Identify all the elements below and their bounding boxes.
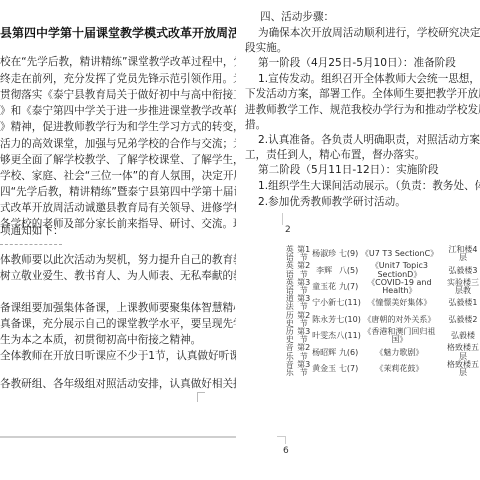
paragraph-line: 校在“先学后教，精讲精练”课堂教学改革过程中，党员 [0, 55, 236, 69]
class-cell: 八(5) [336, 262, 360, 278]
left-document-page: 县第四中学第十届课堂教学模式改革开放周活动 校在“先学后教，精讲精练”课堂教学改… [0, 0, 236, 480]
right-document-page: 四、活动步骤： 为确保本次开放周活动顺利进行，学校研究决定分 段实施。 第一阶段… [240, 0, 480, 480]
page-divider [0, 436, 236, 438]
lesson-cell: 第3节 [296, 295, 312, 311]
section-title: 四、活动步骤： [260, 10, 334, 24]
phase1-item: 2.认真准备。各负责人明确职责，对照活动方案， [258, 133, 480, 147]
phase1-item: 进教师教学工作、规范我校办学行为和推动学校发展的 [245, 103, 480, 117]
page-number: 2 [285, 225, 291, 235]
document-title: 县第四中学第十届课堂教学模式改革开放周活动 [0, 26, 236, 40]
requirement-line: 真备课，充分展示自己的课堂教学水平，要呈现先学后 [0, 317, 236, 331]
phase1-item: 工，责任到人，精心布置，督办落实。 [245, 148, 425, 162]
phase1-item: 下发活动方案，部署工作。全体师生要把教学开放周看 [245, 87, 480, 101]
class-cell: 七(7) [336, 361, 360, 377]
lesson-cell: 第2节 [296, 262, 312, 278]
paragraph-line: 贯彻落实《泰宁县教育局关于做好初中与高中衔接工作 [0, 88, 236, 102]
phase1-item: 1.宣传发动。组织召开全体教师大会统一思想，提 [258, 72, 480, 86]
subject-cell: 英语 [284, 246, 296, 262]
phase1-item: 措。 [245, 118, 266, 132]
table-row: 历史 第2节 陈永芳 七(10) 《唐朝的对外关系》 弘毅楼2 [284, 312, 480, 328]
paragraph-line: 项通知如下： [0, 224, 64, 238]
location-cell: 弘毅楼 [438, 328, 480, 344]
subject-cell: 音乐 [284, 344, 296, 360]
subject-cell: 英语 [284, 279, 296, 295]
topic-cell: 《茉莉花鼓》 [361, 361, 438, 377]
class-cell: 七(10) [336, 312, 360, 328]
requirement-line: 生为本之本质，初贯彻初高中衔接之精神。 [0, 333, 201, 347]
page-corner-mark [277, 436, 286, 444]
schedule-table: 英语 第1节 杨淑珍 七(9) 《U7 T3 SectionC》 江和楼4层 英… [284, 246, 480, 377]
topic-cell: 《U7 T3 SectionC》 [361, 246, 438, 262]
teacher-cell: 黄金玉 [312, 361, 337, 377]
location-cell: 格致楼五层 [438, 361, 480, 377]
topic-cell: 《唐朝的对外关系》 [361, 312, 438, 328]
topic-cell: 《憧憬美好集体》 [361, 295, 438, 311]
paragraph-line: 》精神，促进教师教学行为和学生学习方式的转变，打 [0, 120, 236, 134]
location-cell: 格致楼五层 [438, 344, 480, 360]
intro-line: 为确保本次开放周活动顺利进行，学校研究决定分 [258, 26, 480, 40]
phase2-item: 2.参加优秀教师教学研讨活动。 [258, 195, 406, 209]
location-cell: 弘毅楼1 [438, 295, 480, 311]
table-row: 历史 第3节 叶雯杰 八(11) 《香港和澳门回归祖国》 弘毅楼 [284, 328, 480, 344]
paragraph-line: 活力的高效课堂，加强与兄弟学校的合作与交流；为家 [0, 137, 236, 151]
paragraph-line: 四“先学后教，精讲精练”暨泰宁县第四中学第十届课堂 [0, 185, 236, 199]
phase1-title: 第一阶段（4月25日-5月10日）：准备阶段 [258, 56, 456, 70]
page-corner-mark [282, 213, 290, 225]
location-cell: 江和楼4层 [438, 246, 480, 262]
requirement-line: 体教师要以此次活动为契机，努力提升自己的教育教学 [0, 253, 236, 267]
teacher-cell: 童玉花 [312, 279, 337, 295]
page-number: 6 [283, 446, 289, 456]
teacher-cell: 杨淑珍 [312, 246, 337, 262]
teacher-cell: 陈永芳 [312, 312, 337, 328]
phase2-title: 第二阶段（5月11日-12日）：实施阶段 [258, 163, 439, 177]
table-row: 英语 第1节 杨淑珍 七(9) 《U7 T3 SectionC》 江和楼4层 [284, 246, 480, 262]
table-row: 英语 第3节 童玉花 九(7) 《COVID-19 and Health》 实验… [284, 279, 480, 295]
teacher-cell: 李辉 [312, 262, 337, 278]
lesson-cell: 第3节 [296, 279, 312, 295]
lesson-cell: 第2节 [296, 312, 312, 328]
class-cell: 七(11) [336, 295, 360, 311]
intro-line: 段实施。 [245, 41, 287, 55]
paragraph-line: 学校、家庭、社会“三位一体”的育人氛围，决定开展第 [0, 169, 236, 183]
subject-cell: 历史 [284, 328, 296, 344]
location-cell: 实验楼三层教 [438, 279, 480, 295]
teacher-cell: 杨昭辉 [312, 344, 337, 360]
class-cell: 七(9) [336, 246, 360, 262]
paragraph-line: 式改革开放周活动诚邀县教育局有关领导、进修学校教 [0, 201, 236, 215]
teacher-cell: 叶雯杰 [312, 328, 337, 344]
paragraph-line: 够更全面了解学校教学、了解学校课堂、了解学生，努 [0, 153, 236, 167]
subject-cell: 音乐 [284, 361, 296, 377]
page-corner-mark [197, 392, 205, 402]
table-row: 音乐 第3节 黄金玉 七(7) 《茉莉花鼓》 格致楼五层 [284, 361, 480, 377]
lesson-cell: 第1节 [296, 246, 312, 262]
lesson-cell: 第3节 [296, 361, 312, 377]
table-row: 音乐 第2节 杨昭辉 九(6) 《魅力歌剧》 格致楼五层 [284, 344, 480, 360]
teacher-cell: 宁小新 [312, 295, 337, 311]
lesson-cell: 第3节 [296, 328, 312, 344]
topic-cell: 《Unit7 Topic3 SectionD》 [361, 262, 438, 278]
requirement-line: 备课组要加强集体备课，上课教师要聚集体智慧精心准 [0, 301, 236, 315]
subject-cell: 英语 [284, 262, 296, 278]
phase2-item: 1.组织学生大课间活动展示。（负责：教务处、体 [258, 179, 480, 193]
table-row: 道法 第3节 宁小新 七(11) 《憧憬美好集体》 弘毅楼1 [284, 295, 480, 311]
location-cell: 弘毅楼3 [438, 262, 480, 278]
topic-cell: 《香港和澳门回归祖国》 [361, 328, 438, 344]
paragraph-line: 》和《泰宁第四中学关于进一步推进课堂教学改革的实 [0, 104, 236, 118]
table-row: 英语 第2节 李辉 八(5) 《Unit7 Topic3 SectionD》 弘… [284, 262, 480, 278]
lesson-cell: 第2节 [296, 344, 312, 360]
paragraph-line: 终走在前列，充分发挥了党员先锋示范引领作用。为了 [0, 72, 236, 86]
topic-cell: 《COVID-19 and Health》 [361, 279, 438, 295]
location-cell: 弘毅楼2 [438, 312, 480, 328]
requirement-line: 各教研组、各年级组对照活动安排，认真做好相关接待 [0, 377, 236, 391]
requirement-line: 树立敬业爱生、教书育人、为人师表、无私奉献的教师 [0, 269, 236, 283]
class-cell: 九(7) [336, 279, 360, 295]
class-cell: 八(11) [336, 328, 360, 344]
subject-cell: 道法 [284, 295, 296, 311]
topic-cell: 《魅力歌剧》 [361, 344, 438, 360]
class-cell: 九(6) [336, 344, 360, 360]
subject-cell: 历史 [284, 312, 296, 328]
cut-off-heading [0, 244, 62, 245]
requirement-line: 全体教师在开放日听课应不少于1节，认真做好听课记 [0, 349, 236, 363]
